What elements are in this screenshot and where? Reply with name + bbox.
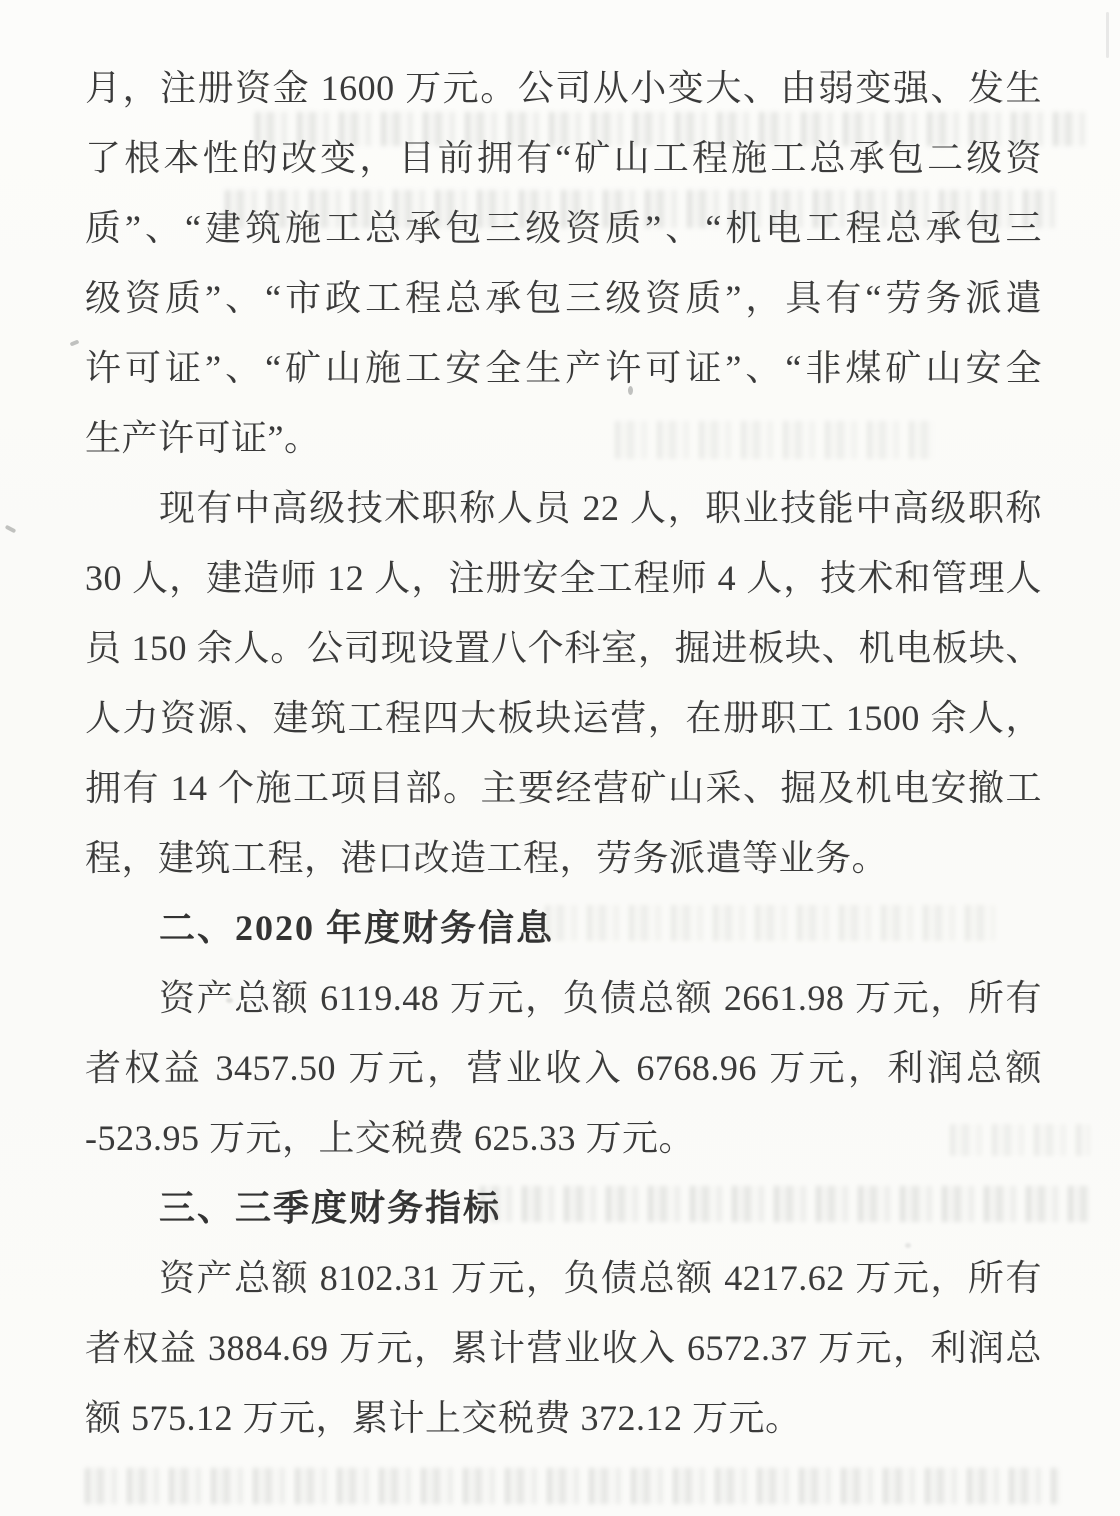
- text-line: 者权益 3884.69 万元，累计营业收入 6572.37 万元，利润总: [85, 1313, 1042, 1383]
- scan-speck: [70, 339, 80, 346]
- bleed-through-ghost-text: [255, 112, 1085, 146]
- text-block: 月，注册资金 1600 万元。公司从小变大、由弱变强、发生了根本性的改变，目前拥…: [85, 53, 1042, 1453]
- bleed-through-ghost-text: [480, 1186, 1090, 1222]
- text-line: 者权益 3457.50 万元，营业收入 6768.96 万元，利润总额: [85, 1033, 1042, 1103]
- text-line: 额 575.12 万元，累计上交税费 372.12 万元。: [85, 1383, 1042, 1453]
- text-line: 程，建筑工程，港口改造工程，劳务派遣等业务。: [85, 823, 1042, 893]
- scan-speck: [628, 386, 633, 395]
- bleed-through-ghost-text: [545, 905, 995, 941]
- scan-speck: [905, 1243, 911, 1248]
- text-line: 资产总额 8102.31 万元，负债总额 4217.62 万元，所有: [85, 1243, 1042, 1313]
- text-line: 员 150 余人。公司现设置八个科室，掘进板块、机电板块、: [85, 613, 1042, 683]
- bleed-through-ghost-text: [950, 1124, 1090, 1156]
- scan-speck: [1106, 12, 1109, 58]
- scanned-document-page: { "page": { "kind": "scanned Chinese doc…: [0, 0, 1120, 1516]
- text-line: 30 人，建造师 12 人，注册安全工程师 4 人，技术和管理人: [85, 543, 1042, 613]
- text-line: 拥有 14 个施工项目部。主要经营矿山采、掘及机电安撤工: [85, 753, 1042, 823]
- text-line: 人力资源、建筑工程四大板块运营，在册职工 1500 余人，: [85, 683, 1042, 753]
- page-background: 月，注册资金 1600 万元。公司从小变大、由弱变强、发生了根本性的改变，目前拥…: [0, 0, 1120, 1516]
- text-line: 现有中高级技术职称人员 22 人，职业技能中高级职称: [85, 473, 1042, 543]
- text-line: 级资质”、“市政工程总承包三级资质”，具有“劳务派遣: [85, 263, 1042, 333]
- bleed-through-ghost-text: [225, 190, 1060, 228]
- scan-speck: [5, 525, 17, 534]
- bleed-through-ghost-text: [85, 1468, 1060, 1504]
- text-line: 许可证”、“矿山施工安全生产许可证”、“非煤矿山安全: [85, 333, 1042, 403]
- bleed-through-ghost-text: [615, 421, 935, 459]
- text-line: -523.95 万元，上交税费 625.33 万元。: [85, 1103, 1042, 1173]
- scan-speck: [226, 998, 233, 1003]
